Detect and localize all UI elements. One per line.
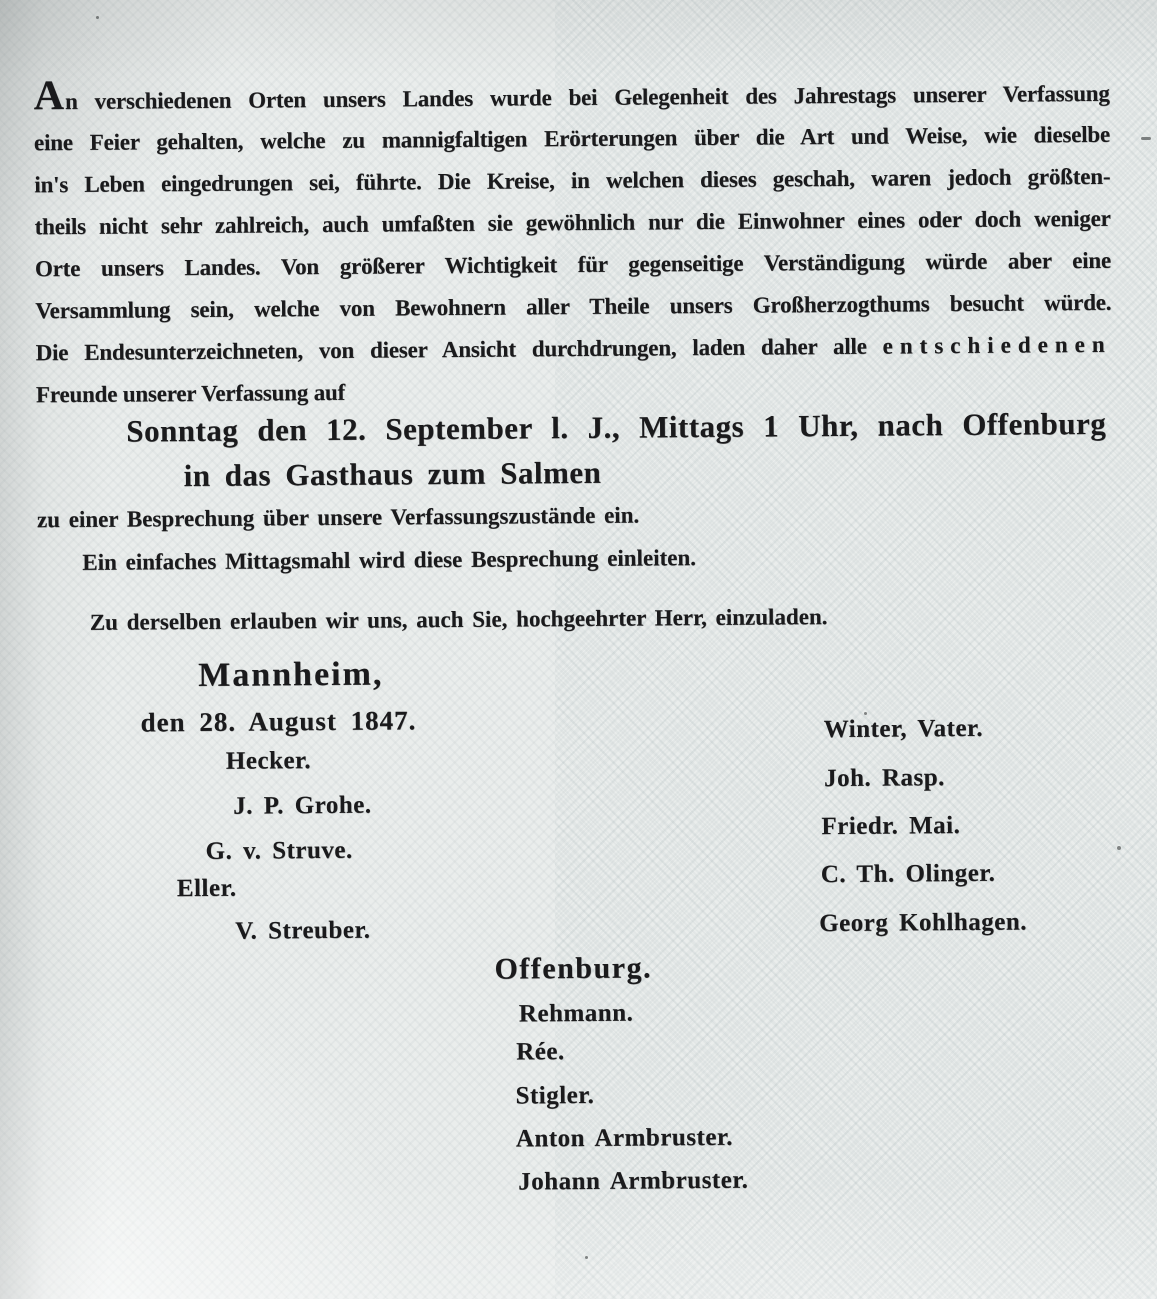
intro-line-7: Die Endesunterzeichneten, von dieser Ans… <box>35 324 1111 374</box>
signature-winter-vater: Winter, Vater. <box>824 715 984 744</box>
place-heading-mannheim: Mannheim, <box>198 656 383 695</box>
invitation-heading-line-2: in das Gasthaus zum Salmen <box>183 455 601 494</box>
signature-johann-armbruster: Johann Armbruster. <box>518 1167 748 1197</box>
signature-joh-rasp: Joh. Rasp. <box>824 764 945 793</box>
signature-struve: G. v. Struve. <box>205 837 352 866</box>
invitation-body-line-1: zu einer Besprechung über unsere Verfass… <box>37 503 639 534</box>
signature-anton-armbruster: Anton Armbruster. <box>516 1124 733 1154</box>
signature-streuber: V. Streuber. <box>235 917 370 946</box>
scanned-document-page: An verschiedenen Orten unsers Landes wur… <box>0 0 1157 1299</box>
signature-hecker: Hecker. <box>226 747 311 776</box>
place-heading-offenburg: Offenburg. <box>494 951 652 986</box>
signature-rehmann: Rehmann. <box>519 1000 634 1029</box>
signature-grohe: J. P. Grohe. <box>233 792 372 821</box>
signature-friedr-mai: Friedr. Mai. <box>821 812 960 841</box>
document-content: An verschiedenen Orten unsers Landes wur… <box>0 0 1157 1299</box>
intro-paragraph: An verschiedenen Orten unsers Landes wur… <box>34 72 1113 416</box>
signature-stigler: Stigler. <box>515 1082 594 1111</box>
signature-eller: Eller. <box>177 875 237 903</box>
intro-line-7-text: Die Endesunterzeichneten, von dieser Ans… <box>36 334 883 366</box>
invitation-body-line-3: Zu derselben erlauben wir uns, auch Sie,… <box>90 604 828 636</box>
invitation-body-line-2: Ein einfaches Mittagsmahl wird diese Bes… <box>82 545 696 576</box>
intro-line-7-emphasized-word: entschiedenen <box>883 332 1112 359</box>
signature-ree: Rée. <box>516 1038 565 1066</box>
signature-olinger: C. Th. Olinger. <box>821 860 996 889</box>
signature-kohlhagen: Georg Kohlhagen. <box>819 908 1027 938</box>
invitation-heading-line-1: Sonntag den 12. September l. J., Mittags… <box>126 406 1106 450</box>
date-line: den 28. August 1847. <box>140 705 416 738</box>
